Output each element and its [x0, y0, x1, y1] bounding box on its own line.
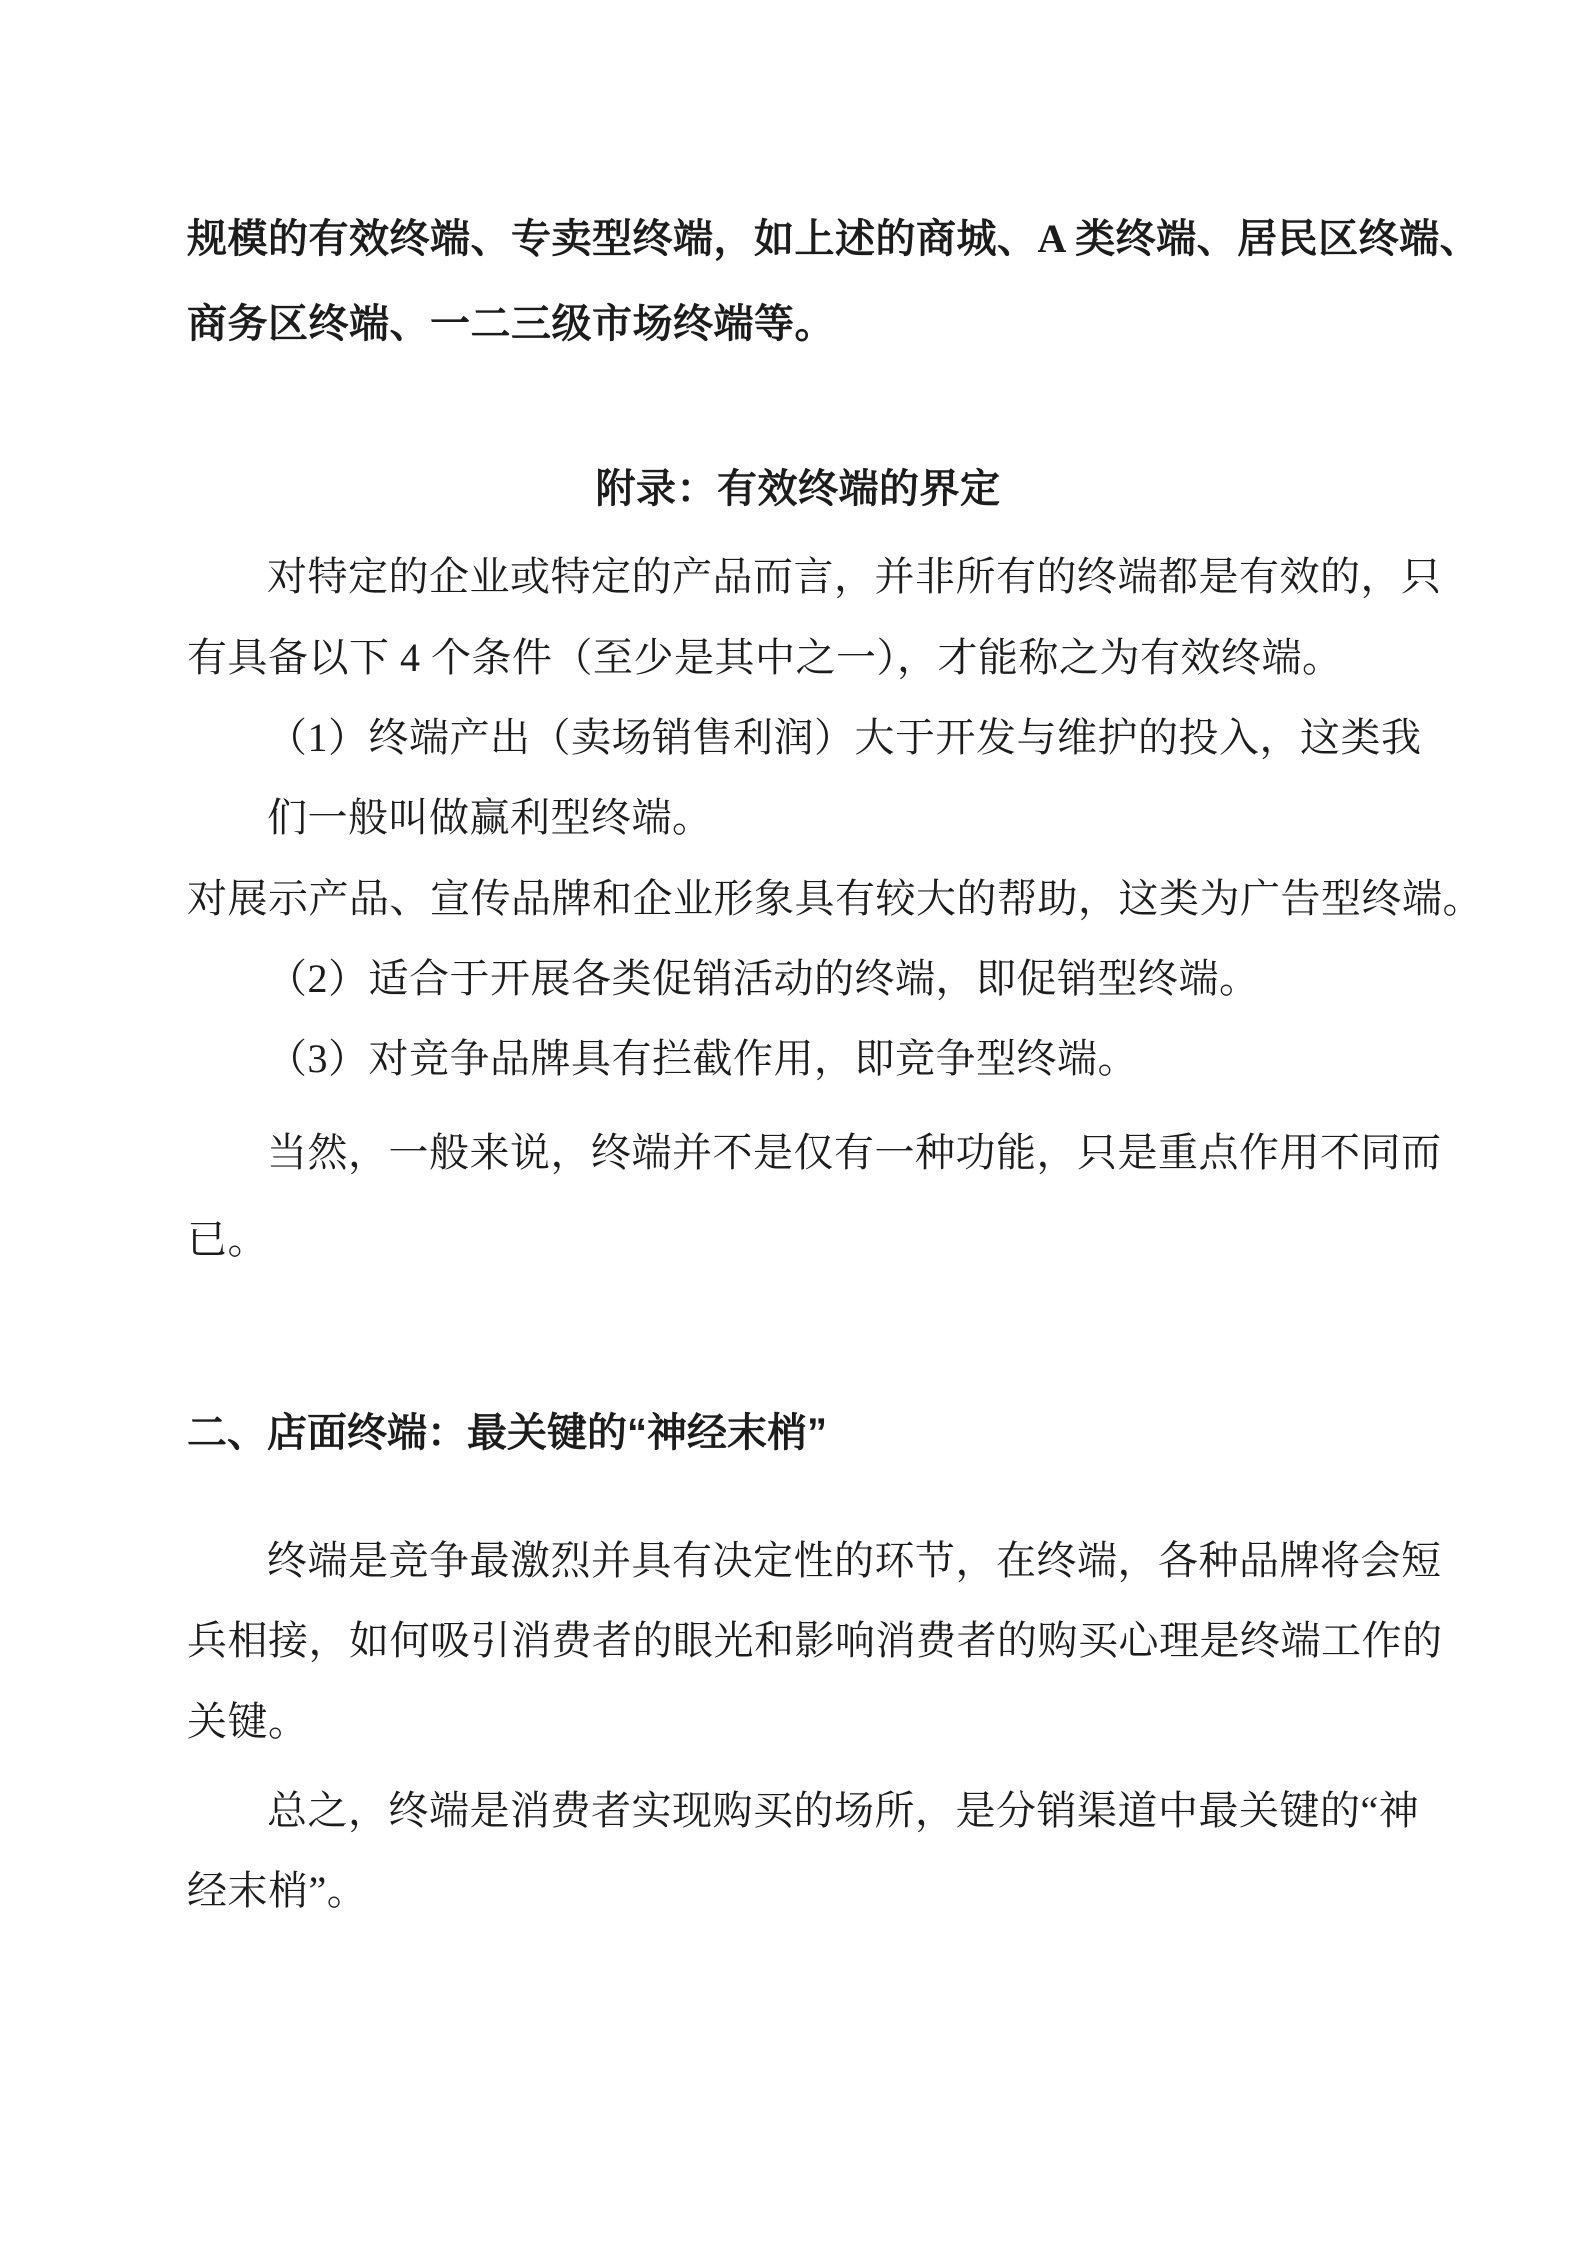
- text-line: 兵相接，如何吸引消费者的眼光和影响消费者的购买心理是终端工作的: [187, 1616, 1409, 1666]
- text-line: 有具备以下 4 个条件（至少是其中之一），才能称之为有效终端。: [187, 633, 1409, 683]
- text-line: 已。: [187, 1215, 1409, 1265]
- text-line: （3）对竞争品牌具有拦截作用，即竞争型终端。: [187, 1034, 1489, 1084]
- appendix-heading: 附录：有效终端的界定: [187, 464, 1409, 514]
- text-line: 经末梢”。: [187, 1866, 1409, 1916]
- text-line: 对特定的企业或特定的产品而言，并非所有的终端都是有效的，只: [187, 552, 1489, 602]
- text-line: 关键。: [187, 1697, 1409, 1747]
- text-line: 规模的有效终端、专卖型终端，如上述的商城、A 类终端、居民区终端、: [187, 214, 1409, 264]
- text-line: 们一般叫做赢利型终端。: [187, 793, 1489, 843]
- text-line: 商务区终端、一二三级市场终端等。: [187, 299, 1409, 349]
- text-line: 当然，一般来说，终端并不是仅有一种功能，只是重点作用不同而: [187, 1128, 1489, 1178]
- document-page: 规模的有效终端、专卖型终端，如上述的商城、A 类终端、居民区终端、商务区终端、一…: [0, 0, 1587, 2245]
- text-line: 对展示产品、宣传品牌和企业形象具有较大的帮助，这类为广告型终端。: [187, 874, 1409, 924]
- text-line: （2）适合于开展各类促销活动的终端，即促销型终端。: [187, 954, 1489, 1004]
- text-line: （1）终端产出（卖场销售利润）大于开发与维护的投入，这类我: [187, 713, 1489, 763]
- text-line: 终端是竞争最激烈并具有决定性的环节，在终端，各种品牌将会短: [187, 1536, 1489, 1586]
- text-line: 总之，终端是消费者实现购买的场所，是分销渠道中最关键的“神: [187, 1786, 1489, 1836]
- section-heading: 二、店面终端：最关键的“神经末梢”: [187, 1408, 1409, 1458]
